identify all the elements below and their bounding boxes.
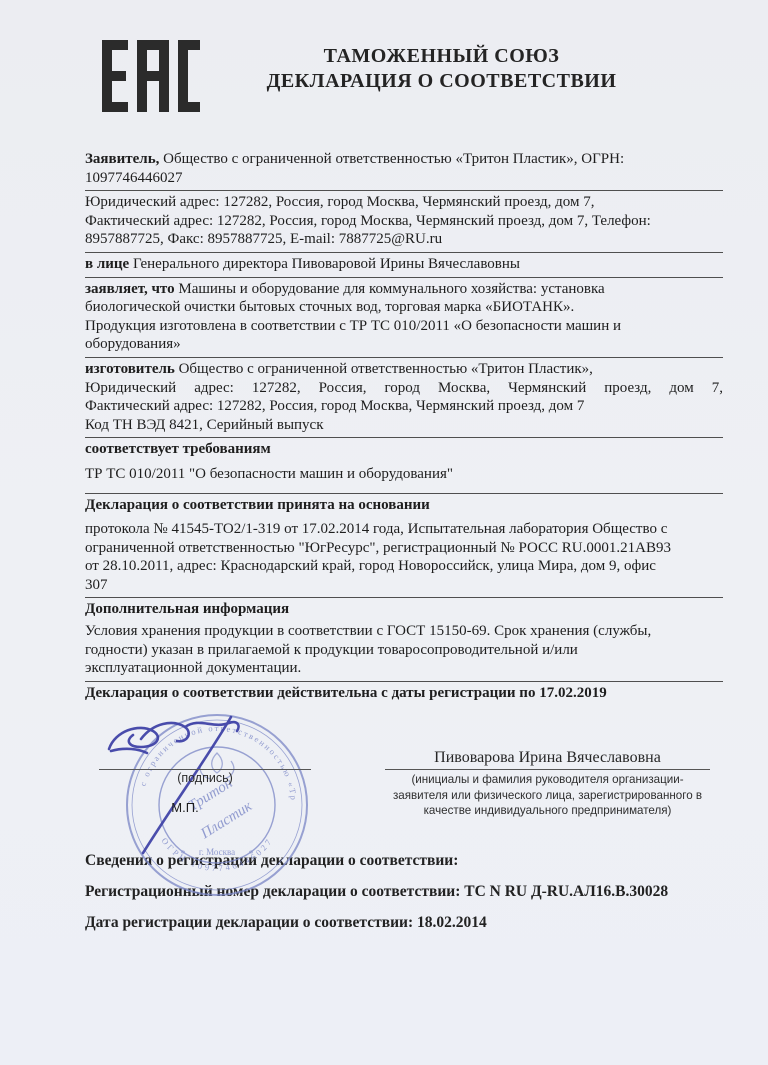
manufacturer-label: изготовитель — [85, 361, 175, 377]
row-person: в лице Генерального директора Пивоварово… — [85, 253, 723, 278]
row-basis: Декларация о соответствии принята на осн… — [85, 494, 723, 599]
row-declares: заявляет, что Машины и оборудование для … — [85, 278, 723, 358]
declaration-table: Заявитель, Общество с ограниченной ответ… — [85, 148, 723, 705]
signature-block: с ограниченной ответственностью «Тритон … — [85, 731, 723, 839]
additional-header: Дополнительная информация — [85, 600, 723, 619]
row-applicant: Заявитель, Общество с ограниченной ответ… — [85, 148, 723, 191]
title-line-2: ДЕКЛАРАЦИЯ О СООТВЕТСТВИИ — [200, 69, 683, 94]
manufacturer-tnved: Код ТН ВЭД 8421, Серийный выпуск — [85, 416, 723, 435]
name-caption-3: качестве индивидуального предпринимателя… — [385, 803, 710, 819]
applicant-ogrn: 1097746446027 — [85, 169, 723, 188]
signature-left-column: (подпись) М.П. — [99, 731, 311, 815]
signatory-name: Пивоварова Ирина Вячеславовна — [385, 747, 710, 769]
applicant-text: Общество с ограниченной ответственностью… — [159, 151, 624, 167]
name-caption-2: заявителя или физического лица, зарегист… — [385, 788, 710, 804]
eac-mark-logo — [100, 40, 200, 112]
basis-text-1: протокола № 41545-ТО2/1-319 от 17.02.201… — [85, 520, 723, 539]
row-applicant-address: Юридический адрес: 127282, Россия, город… — [85, 191, 723, 253]
title-line-1: ТАМОЖЕННЫЙ СОЮЗ — [200, 44, 683, 69]
document-header: ТАМОЖЕННЫЙ СОЮЗ ДЕКЛАРАЦИЯ О СООТВЕТСТВИ… — [85, 40, 723, 112]
name-caption-1: (инициалы и фамилия руководителя организ… — [385, 772, 710, 788]
row-additional: Дополнительная информация Условия хранен… — [85, 598, 723, 681]
person-text: Генерального директора Пивоваровой Ирины… — [129, 256, 520, 272]
basis-header: Декларация о соответствии принята на осн… — [85, 496, 723, 515]
basis-text-2: ограниченной ответственностью "ЮгРесурс"… — [85, 539, 723, 558]
stamp-place-label: М.П. — [59, 800, 311, 815]
declares-text-2: биологической очистки бытовых сточных во… — [85, 298, 723, 317]
additional-text-2: годности) указан в прилагаемой к продукц… — [85, 641, 723, 660]
document-title: ТАМОЖЕННЫЙ СОЮЗ ДЕКЛАРАЦИЯ О СООТВЕТСТВИ… — [200, 40, 723, 94]
applicant-actual-address: Фактический адрес: 127282, Россия, город… — [85, 212, 723, 231]
additional-text-3: эксплуатационной документации. — [85, 659, 723, 678]
registration-date: Дата регистрации декларации о соответств… — [85, 914, 723, 932]
validity-text: Декларация о соответствии действительна … — [85, 684, 723, 703]
registration-header: Сведения о регистрации декларации о соот… — [85, 852, 723, 870]
row-validity: Декларация о соответствии действительна … — [85, 682, 723, 706]
registration-number: Регистрационный номер декларации о соотв… — [85, 883, 723, 901]
additional-text-1: Условия хранения продукции в соответстви… — [85, 622, 723, 641]
manufacturer-legal-address: Юридический адрес: 127282, Россия, город… — [85, 379, 723, 398]
row-manufacturer: изготовитель Общество с ограниченной отв… — [85, 358, 723, 438]
applicant-legal-address: Юридический адрес: 127282, Россия, город… — [85, 193, 723, 212]
declares-label: заявляет, что — [85, 281, 175, 297]
declaration-document: ТАМОЖЕННЫЙ СОЮЗ ДЕКЛАРАЦИЯ О СООТВЕТСТВИ… — [0, 0, 768, 1065]
declares-text-1: Машины и оборудование для коммунального … — [175, 281, 605, 297]
row-complies: соответствует требованиям ТР ТС 010/2011… — [85, 438, 723, 493]
signature-caption: (подпись) — [99, 770, 311, 786]
manufacturer-text: Общество с ограниченной ответственностью… — [175, 361, 593, 377]
complies-header: соответствует требованиям — [85, 440, 723, 459]
applicant-label: Заявитель, — [85, 151, 159, 167]
registration-section: Сведения о регистрации декларации о соот… — [85, 852, 723, 932]
manufacturer-actual-address: Фактический адрес: 127282, Россия, город… — [85, 397, 723, 416]
signature-right-column: Пивоварова Ирина Вячеславовна (инициалы … — [385, 747, 710, 819]
basis-text-3: от 28.10.2011, адрес: Краснодарский край… — [85, 557, 723, 576]
declares-text-3: Продукция изготовлена в соответствии с Т… — [85, 317, 723, 336]
person-label: в лице — [85, 256, 129, 272]
name-line — [385, 769, 710, 770]
complies-body: ТР ТС 010/2011 "О безопасности машин и о… — [85, 465, 723, 484]
applicant-contacts: 8957887725, Факс: 8957887725, E-mail: 78… — [85, 230, 723, 249]
declares-text-4: оборудования» — [85, 335, 723, 354]
basis-text-4: 307 — [85, 576, 723, 595]
